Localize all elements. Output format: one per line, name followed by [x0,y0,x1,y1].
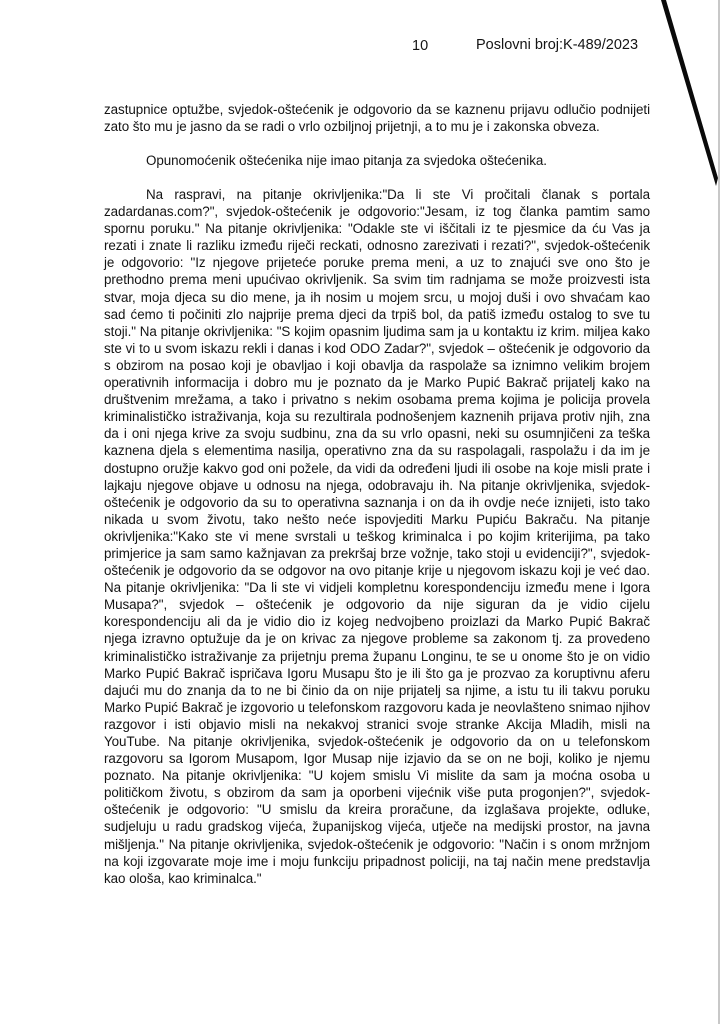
scan-edge-line [718,0,720,1024]
paragraph-hearing-testimony: Na raspravi, na pitanje okrivljenika:"Da… [104,186,650,887]
paragraph-attorney-note: Opunomoćenik oštećenika nije imao pitanj… [104,152,650,169]
page-header: 10 Poslovni broj:K-489/2023 [0,38,724,58]
case-number: Poslovni broj:K-489/2023 [476,37,638,53]
paragraph-continuation: zastupnice optužbe, svjedok-oštećenik je… [104,101,650,135]
page-number: 10 [412,38,428,54]
